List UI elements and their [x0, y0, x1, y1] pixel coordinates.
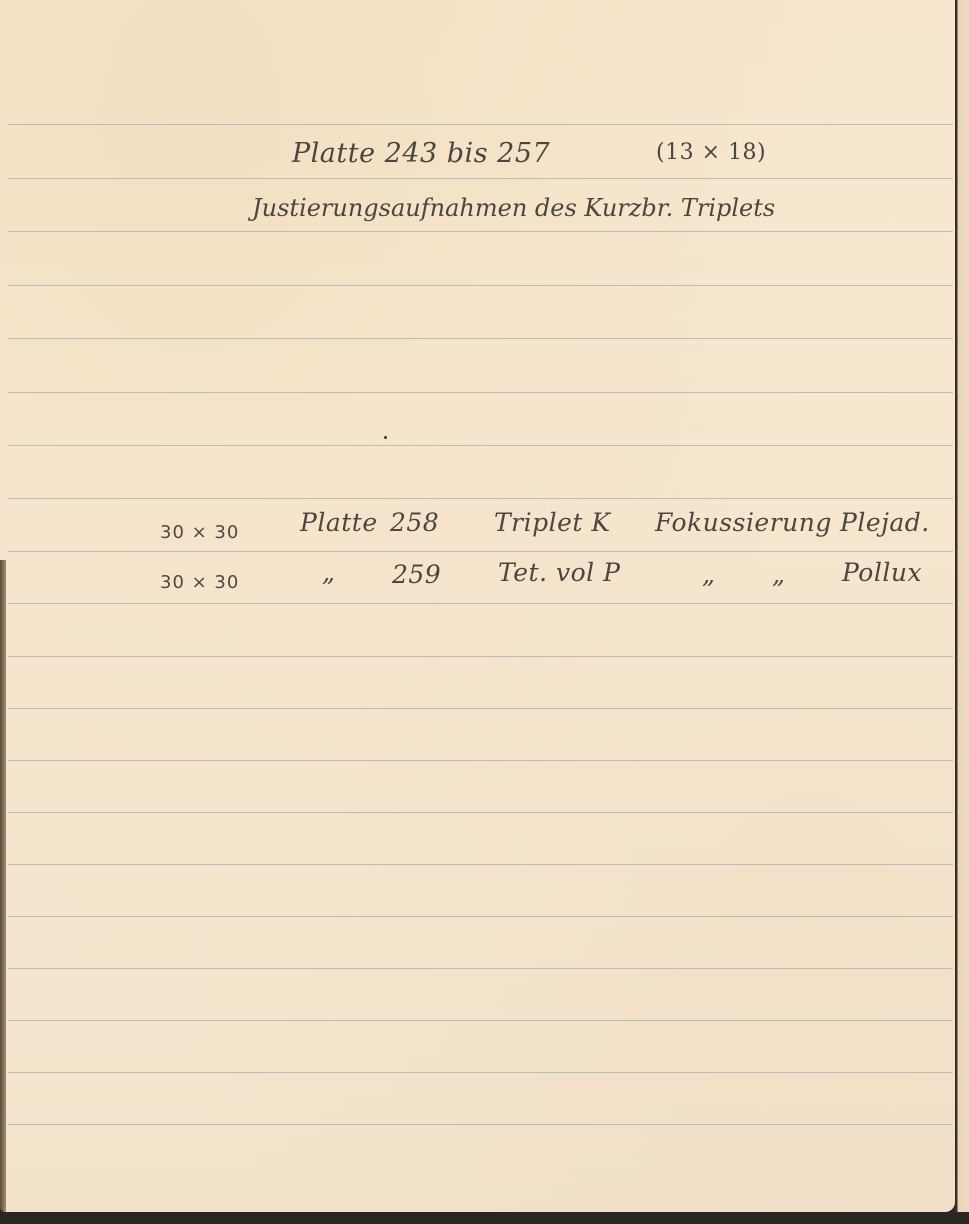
entry-object: Pollux — [842, 558, 922, 587]
ruled-line — [8, 551, 953, 552]
ruled-line — [8, 498, 953, 499]
heading-plate-range: Platte 243 bis 257 — [292, 138, 550, 169]
ruled-line — [8, 392, 953, 393]
ruled-line — [8, 708, 953, 709]
ruled-line — [8, 656, 953, 657]
ruled-line — [8, 864, 953, 865]
ink-dot — [384, 436, 387, 439]
heading-plate-format: (13 × 18) — [656, 140, 766, 165]
entry-object-ditto: „ — [772, 560, 785, 589]
ruled-line — [8, 812, 953, 813]
entry-instrument: Triplet K — [494, 508, 611, 537]
binding-edge — [0, 560, 6, 1212]
adjacent-page-edge — [955, 0, 969, 1212]
ruled-line — [8, 916, 953, 917]
ruled-line — [8, 285, 953, 286]
entry-plate-number: 258 — [390, 508, 439, 537]
ruled-line — [8, 338, 953, 339]
ruled-line — [8, 1072, 953, 1073]
ruled-line — [8, 178, 953, 179]
ruled-line — [8, 1020, 953, 1021]
ruled-line — [8, 231, 953, 232]
entry-plate-number: 259 — [392, 560, 441, 589]
ruled-line — [8, 124, 953, 125]
entry-purpose: Fokussierung — [655, 508, 832, 537]
entry-object: Plejad. — [840, 508, 930, 537]
entry-purpose-ditto: „ — [702, 560, 715, 589]
entry-plate-ditto: „ — [322, 558, 335, 587]
ruled-line — [8, 445, 953, 446]
ruled-line — [8, 1124, 953, 1125]
ruled-line — [8, 603, 953, 604]
ruled-line — [8, 968, 953, 969]
entry-plate-label: Platte — [300, 508, 378, 537]
ruled-line — [8, 760, 953, 761]
heading-description: Justierungsaufnahmen des Kurzbr. Triplet… — [252, 194, 775, 222]
notebook-page: Platte 243 bis 257 (13 × 18) Justierungs… — [0, 0, 955, 1212]
entry-format: 30 × 30 — [160, 572, 239, 593]
entry-format: 30 × 30 — [160, 522, 239, 543]
entry-instrument: Tet. vol P — [498, 558, 620, 587]
